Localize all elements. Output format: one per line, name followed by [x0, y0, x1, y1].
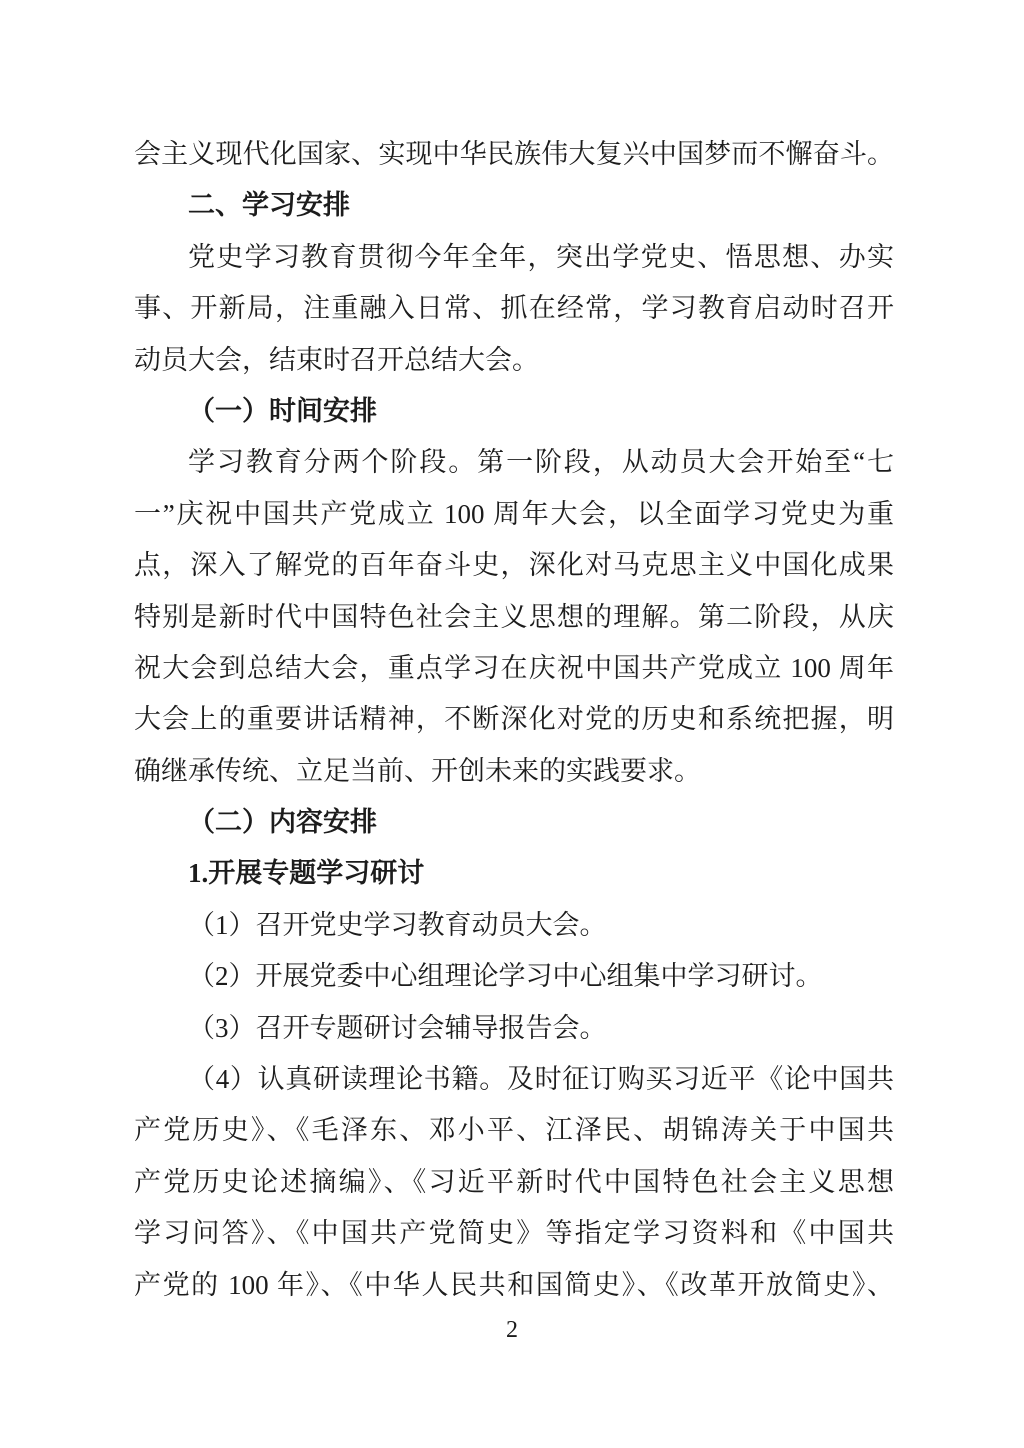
- sub-heading: （一）时间安排: [134, 386, 894, 437]
- body-line: 会主义现代化国家、实现中华民族伟大复兴中国梦而不懈奋斗。: [134, 129, 894, 180]
- body-line: 产党历史》、《毛泽东、邓小平、江泽民、胡锦涛关于中国共: [134, 1105, 894, 1156]
- document-page: 会主义现代化国家、实现中华民族伟大复兴中国梦而不懈奋斗。二、学习安排党史学习教育…: [0, 0, 1024, 1448]
- body-line: 确继承传统、立足当前、开创未来的实践要求。: [134, 746, 894, 797]
- section-heading: 二、学习安排: [134, 180, 894, 231]
- body-line: 产党历史论述摘编》、《习近平新时代中国特色社会主义思想: [134, 1157, 894, 1208]
- sub-heading: （二）内容安排: [134, 797, 894, 848]
- page-number: 2: [0, 1308, 1024, 1352]
- list-item: （2）开展党委中心组理论学习中心组集中学习研讨。: [134, 951, 894, 1002]
- body-line: 一”庆祝中国共产党成立 100 周年大会，以全面学习党史为重: [134, 489, 894, 540]
- body-line: 大会上的重要讲话精神，不断深化对党的历史和系统把握，明: [134, 694, 894, 745]
- body-line: 点，深入了解党的百年奋斗史，深化对马克思主义中国化成果: [134, 540, 894, 591]
- body-line: 动员大会，结束时召开总结大会。: [134, 335, 894, 386]
- body-line: 祝大会到总结大会，重点学习在庆祝中国共产党成立 100 周年: [134, 643, 894, 694]
- body-line: 学习教育分两个阶段。第一阶段，从动员大会开始至“七: [134, 437, 894, 488]
- body-line: 事、开新局，注重融入日常、抓在经常，学习教育启动时召开: [134, 283, 894, 334]
- list-item: （1）召开党史学习教育动员大会。: [134, 900, 894, 951]
- body-line: 学习问答》、《中国共产党简史》等指定学习资料和《中国共: [134, 1208, 894, 1259]
- body-line: 党史学习教育贯彻今年全年，突出学党史、悟思想、办实: [134, 232, 894, 283]
- body-line: 特别是新时代中国特色社会主义思想的理解。第二阶段，从庆: [134, 592, 894, 643]
- document-lines: 会主义现代化国家、实现中华民族伟大复兴中国梦而不懈奋斗。二、学习安排党史学习教育…: [134, 129, 894, 1311]
- list-item: （3）召开专题研讨会辅导报告会。: [134, 1003, 894, 1054]
- sub-heading: 1.开展专题学习研讨: [134, 848, 894, 899]
- list-item: （4）认真研读理论书籍。及时征订购买习近平《论中国共: [134, 1054, 894, 1105]
- body-line: 产党的 100 年》、《中华人民共和国简史》、《改革开放简史》、: [134, 1260, 894, 1311]
